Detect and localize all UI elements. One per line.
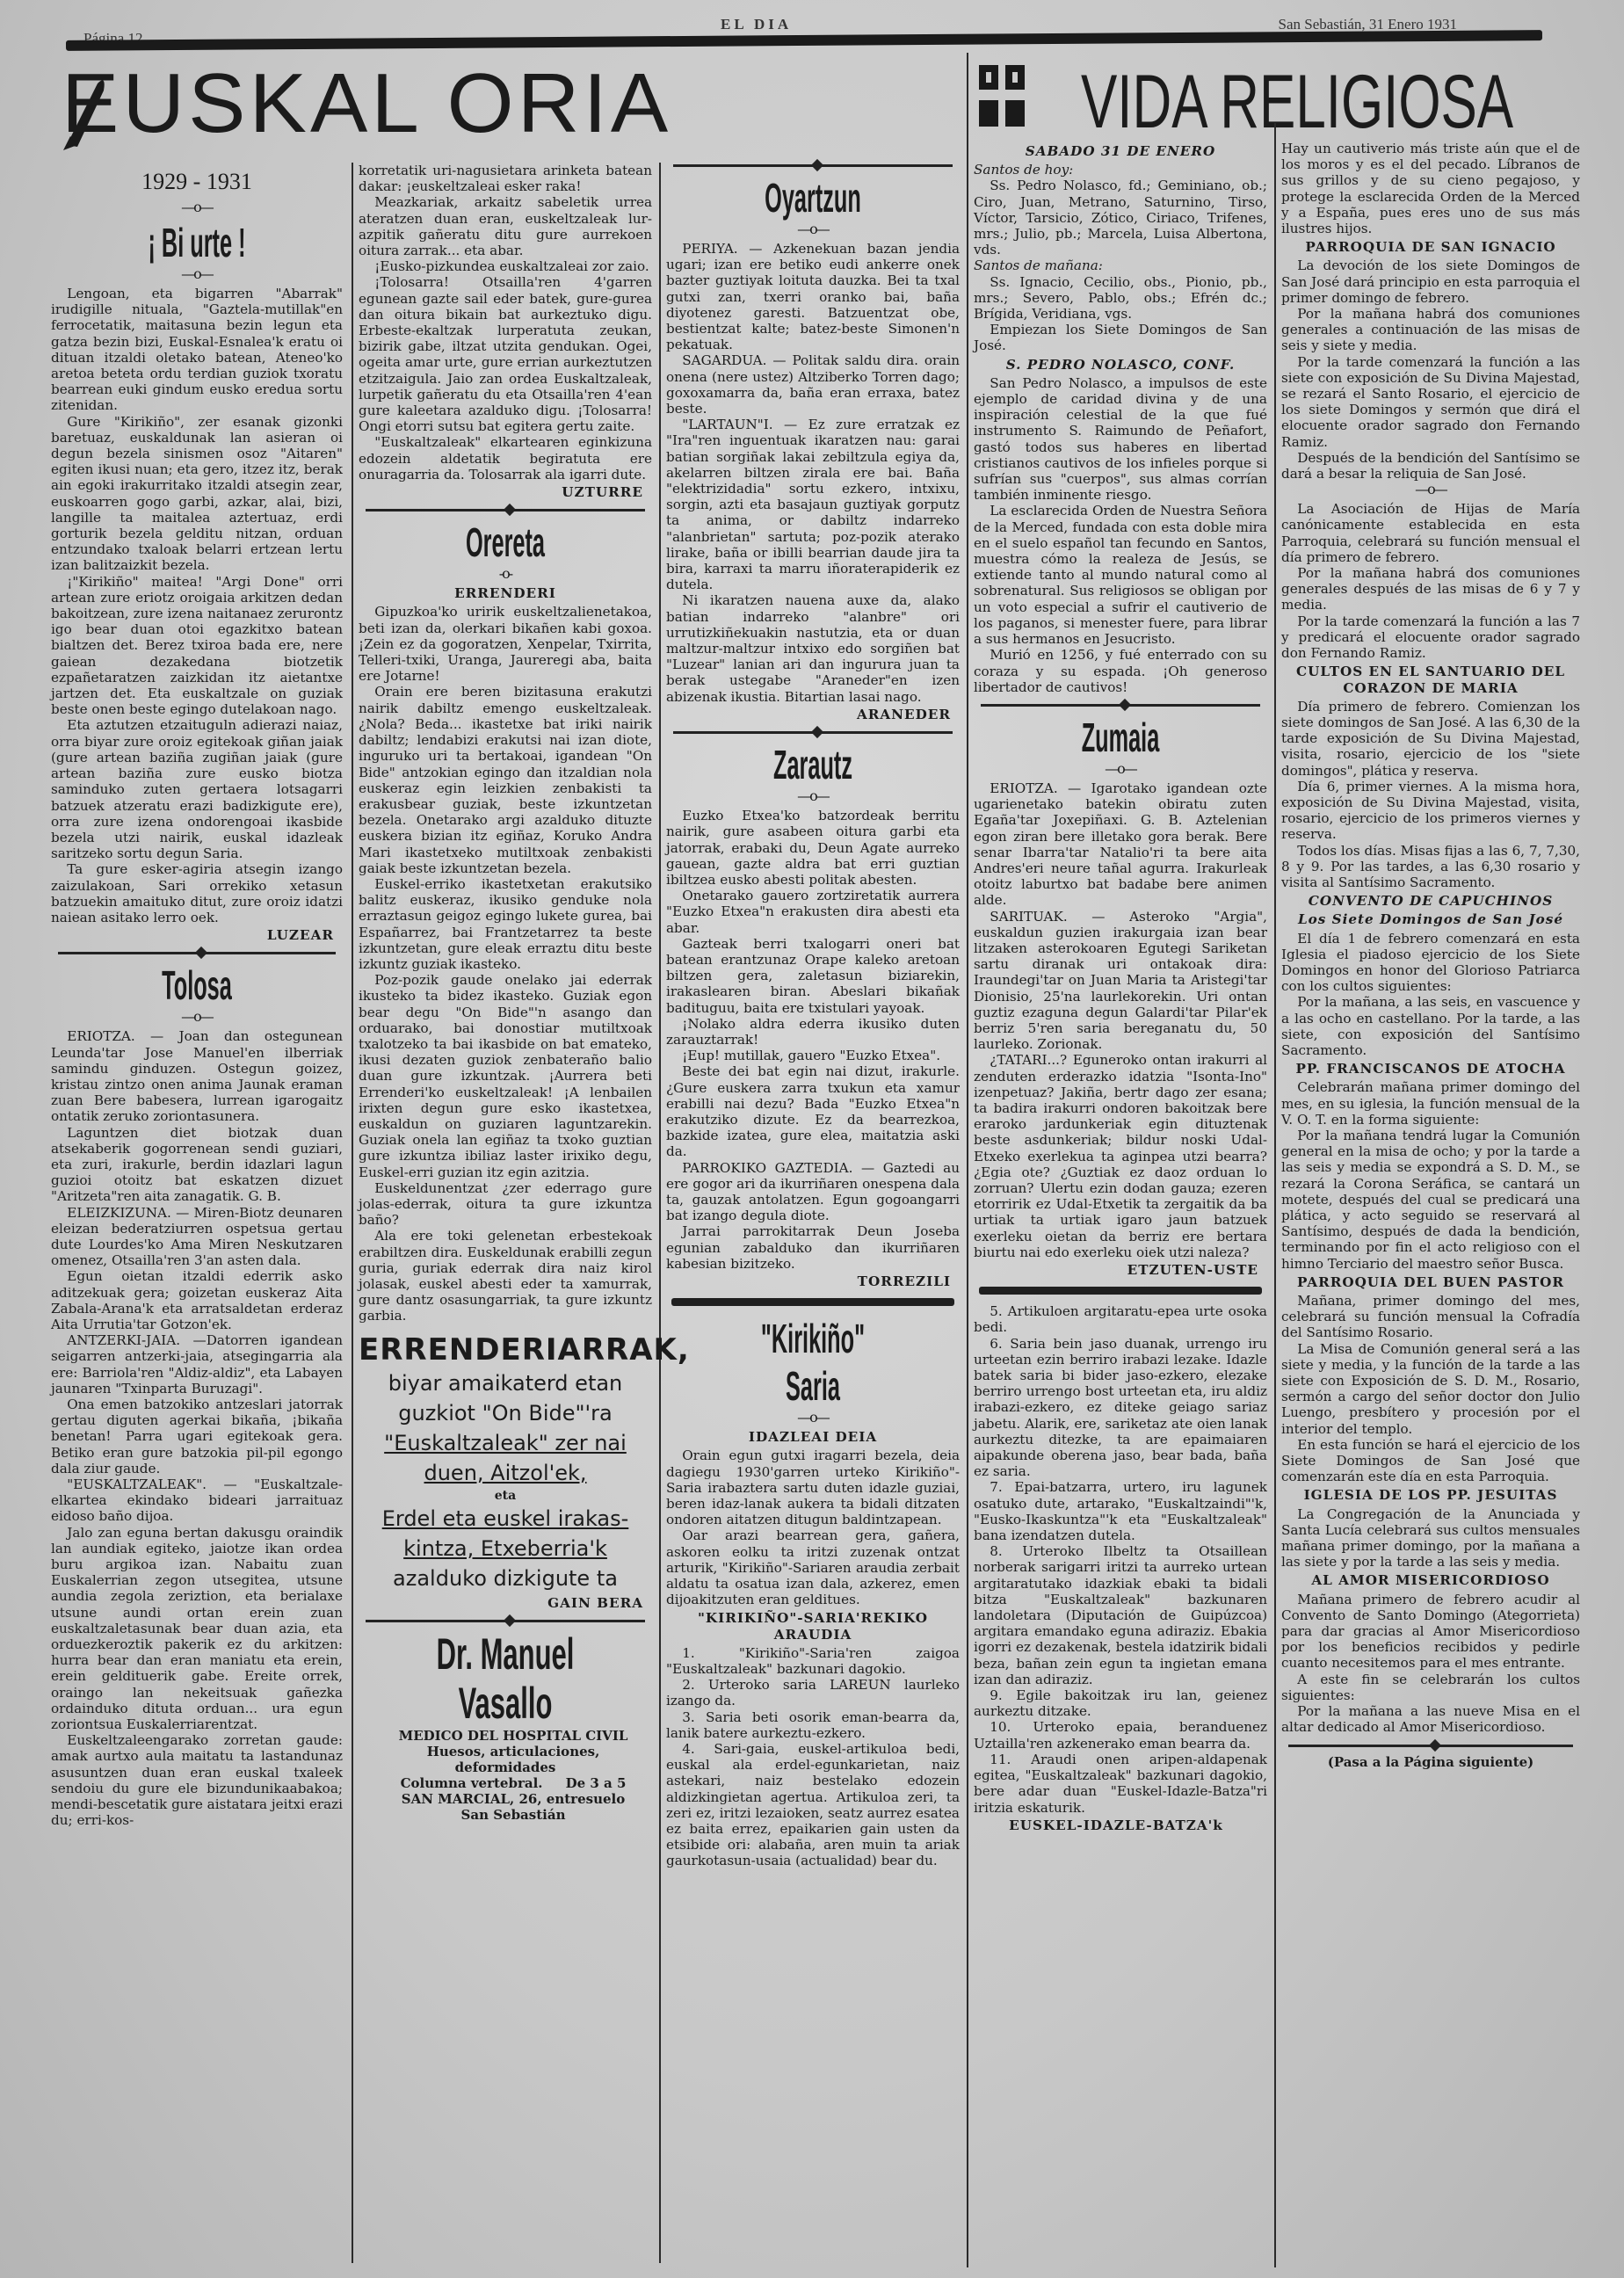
ad-line: guzkiot "On Bide"'ra xyxy=(359,1398,652,1428)
article-paragraph: Gure "Kirikiño", zer esanak gizonki bare… xyxy=(51,414,343,574)
doctor-name: Dr. Manuel Vasallo xyxy=(414,1629,596,1728)
article-paragraph: ¡"Kirikiño" maitea! "Argi Done" orri art… xyxy=(51,574,343,718)
santos-manana-label: Santos de mañana: xyxy=(974,258,1267,273)
article-paragraph: PARROKIKO GAZTEDIA. — Gaztedi au ere gog… xyxy=(666,1160,960,1224)
article-paragraph: Mañana primero de febrero acudir al Conv… xyxy=(1281,1592,1580,1672)
article-paragraph: ANTZERKI-JAIA. —Datorren igandean seigar… xyxy=(51,1332,343,1397)
rule-item: 4. Sari-gaia, euskel-artikuloa bedi, eus… xyxy=(666,1741,960,1869)
article-paragraph: PERIYA. — Azkenekuan bazan jendia ugari;… xyxy=(666,241,960,352)
divider xyxy=(366,1620,645,1622)
article-paragraph: Ona emen batzokiko antzeslari jatorrak g… xyxy=(51,1397,343,1476)
headline-orereta: Orereta xyxy=(424,519,586,566)
section-heading: CONVENTO DE CAPUCHINOS xyxy=(1281,893,1580,909)
doctor-address: SAN MARCIAL, 26, entresuelo xyxy=(359,1791,652,1807)
ornament: —o— xyxy=(1281,482,1580,497)
article-paragraph: Por la mañana habrá dos comuniones gener… xyxy=(1281,306,1580,354)
signature: ETZUTEN-USTE xyxy=(974,1262,1258,1278)
notice: Empiezan los Siete Domingos de San José. xyxy=(974,322,1267,353)
article-paragraph: A este fin se celebrarán los cultos sigu… xyxy=(1281,1672,1580,1703)
ad-line: Erdel eta euskel irakas- xyxy=(359,1504,652,1534)
article-paragraph: Por la tarde comenzará la función a las … xyxy=(1281,613,1580,662)
divider xyxy=(58,952,336,954)
article-paragraph: Día 6, primer viernes. A la misma hora, … xyxy=(1281,779,1580,843)
santos-hoy: Ss. Pedro Nolasco, fd.; Geminiano, ob.; … xyxy=(974,178,1267,258)
ad-connector: eta xyxy=(359,1488,652,1504)
rules-title: "KIRIKIÑO"-SARIA'REKIKO ARAUDIA xyxy=(666,1610,960,1642)
column-5: Hay un cautiverio más triste aún que el … xyxy=(1281,141,1580,1770)
doctor-title: MEDICO DEL HOSPITAL CIVIL xyxy=(359,1728,652,1744)
ad-line: duen, Aitzol'ek, xyxy=(359,1458,652,1488)
ornament: —o— xyxy=(974,761,1267,777)
column-3: Oyartzun —o— PERIYA. — Azkenekuan bazan … xyxy=(666,163,960,1869)
divider xyxy=(673,731,953,734)
article-paragraph: Murió en 1256, y fué enterrado con su co… xyxy=(974,647,1267,695)
article-paragraph: korretatik uri-nagusietara arinketa bate… xyxy=(359,163,652,194)
article-paragraph: Euskeltzaleengarako zorretan gaude: amak… xyxy=(51,1732,343,1828)
section-title-euskal-oria: EUSKAL ORIA xyxy=(62,60,671,148)
article-paragraph: Celebrarán mañana primer domingo del mes… xyxy=(1281,1079,1580,1128)
headline-oyartzun: Oyartzun xyxy=(732,174,894,221)
saint-title: S. PEDRO NOLASCO, CONF. xyxy=(974,357,1267,373)
section-heading: PP. FRANCISCANOS DE ATOCHA xyxy=(1281,1061,1580,1077)
article-paragraph: Hay un cautiverio más triste aún que el … xyxy=(1281,141,1580,236)
article-paragraph: Por la mañana habrá dos comuniones gener… xyxy=(1281,565,1580,613)
rule-item: 7. Epai-batzarra, urtero, iru lagunek os… xyxy=(974,1479,1267,1543)
article-paragraph: Euskeldunentzat ¿zer ederrago gure jolas… xyxy=(359,1180,652,1229)
headline-bi-urte: ¡ Bi urte ! xyxy=(117,219,278,266)
newspaper-name: EL DIA xyxy=(721,16,792,33)
cross-ornament-icon xyxy=(975,62,1028,132)
article-paragraph: Onetarako gauero zortziretatik aurrera "… xyxy=(666,888,960,936)
rule-item: 3. Saria beti osorik eman-bearra da, lan… xyxy=(666,1709,960,1741)
doctor-specialty: Huesos, articulaciones, deformidades xyxy=(359,1744,652,1775)
doctor-hours: De 3 a 5 xyxy=(566,1775,627,1791)
article-paragraph: ERIOTZA. — Joan dan ostegunean Leunda'ta… xyxy=(51,1028,343,1124)
article-paragraph: En esta función se hará el ejercicio de … xyxy=(1281,1437,1580,1485)
article-paragraph: SAGARDUA. — Politak saldu dira. orain on… xyxy=(666,352,960,417)
section-heading: AL AMOR MISERICORDIOSO xyxy=(1281,1572,1580,1588)
section-heading: PARROQUIA DEL BUEN PASTOR xyxy=(1281,1274,1580,1290)
santos-manana: Ss. Ignacio, Cecilio, obs., Pionio, pb.,… xyxy=(974,274,1267,323)
event-advertisement: ERRENDERIARRAK, biyar amaikaterd etan gu… xyxy=(359,1331,652,1611)
article-paragraph: Euzko Etxea'ko batzordeak berritu nairik… xyxy=(666,808,960,888)
ad-line: azalduko dizkigute ta xyxy=(359,1563,652,1593)
column-4: SABADO 31 DE ENERO Santos de hoy: Ss. Pe… xyxy=(974,141,1267,1837)
article-paragraph: Gipuzkoa'ko uririk euskeltzalienetakoa, … xyxy=(359,604,652,684)
divider xyxy=(366,509,645,511)
article-paragraph: Lengoan, eta bigarren "Abarrak" irudigil… xyxy=(51,286,343,414)
signature: UZTURRE xyxy=(359,484,643,500)
section-heading: PARROQUIA DE SAN IGNACIO xyxy=(1281,239,1580,255)
ornament: -o- xyxy=(359,566,652,582)
column-rule xyxy=(967,53,968,2267)
subheading: IDAZLEAI DEIA xyxy=(666,1429,960,1445)
section-title-vida-religiosa: VIDA RELIGIOSA xyxy=(1081,60,1513,144)
rule-item: 2. Urteroko saria LAREUN laurleko izango… xyxy=(666,1677,960,1708)
doctor-city: San Sebastián xyxy=(359,1807,652,1823)
signature: EUSKEL-IDAZLE-BATZA'k xyxy=(974,1817,1258,1833)
article-paragraph: Jalo zan eguna bertan dakusgu oraindik l… xyxy=(51,1525,343,1733)
headline-zumaia: Zumaia xyxy=(1040,714,1201,761)
article-paragraph: Poz-pozik gaude onelako jai ederrak ikus… xyxy=(359,972,652,1180)
article-paragraph: Después de la bendición del Santísimo se… xyxy=(1281,450,1580,482)
article-paragraph: Gazteak berri txalogarri oneri bat batea… xyxy=(666,936,960,1016)
article-paragraph: Euskel-erriko ikastetxetan erakutsiko ba… xyxy=(359,876,652,972)
article-paragraph: SARITUAK. — Asteroko "Argia", euskaldun … xyxy=(974,909,1267,1053)
section-heading: CULTOS EN EL SANTUARIO DEL CORAZON DE MA… xyxy=(1281,664,1580,695)
article-paragraph: Por la mañana tendrá lugar la Comunión g… xyxy=(1281,1128,1580,1272)
divider xyxy=(1288,1745,1573,1747)
rule-item: 10. Urteroko epaia, beranduenez Uztailla… xyxy=(974,1719,1267,1751)
article-paragraph: Ni ikaratzen nauena auxe da, alako batia… xyxy=(666,592,960,704)
column-1: 1929 - 1931 —o— ¡ Bi urte ! —o— Lengoan,… xyxy=(51,163,343,1828)
doctor-specialty-2: Columna vertebral. De 3 a 5 xyxy=(359,1775,652,1791)
article-paragraph: La Asociación de Hijas de María canónica… xyxy=(1281,501,1580,565)
ad-signature: GAIN BERA xyxy=(359,1595,643,1611)
article-paragraph: Por la mañana, a las seis, en vascuence … xyxy=(1281,994,1580,1058)
divider xyxy=(673,164,953,167)
ad-line: biyar amaikaterd etan xyxy=(359,1368,652,1398)
years-heading: 1929 - 1931 xyxy=(51,168,343,196)
doctor-specialty-text: Columna vertebral. xyxy=(401,1775,543,1791)
section-heading: IGLESIA DE LOS PP. JESUITAS xyxy=(1281,1487,1580,1503)
rule-item: 6. Saria bein jaso duanak, urrengo iru u… xyxy=(974,1336,1267,1480)
rule-item: 8. Urteroko Ilbeltz ta Otsaillean norber… xyxy=(974,1543,1267,1687)
thick-divider xyxy=(671,1298,954,1306)
ornament: —o— xyxy=(51,266,343,282)
rule-item: 11. Araudi onen aripen-aldapenak egitea,… xyxy=(974,1752,1267,1816)
rules-list-continued: 5. Artikuloen argitaratu-epea urte osoka… xyxy=(974,1303,1267,1816)
article-paragraph: Día primero de febrero. Comienzan los si… xyxy=(1281,699,1580,779)
article-paragraph: ¿TATARI...? Eguneroko ontan irakurri al … xyxy=(974,1052,1267,1260)
column-2: korretatik uri-nagusietara arinketa bate… xyxy=(359,163,652,1823)
article-paragraph: Ta gure esker-agiria atsegin izango zaiz… xyxy=(51,861,343,925)
article-paragraph: Meazkariak, arkaitz sabeletik urrea ater… xyxy=(359,194,652,258)
article-paragraph: ¡Nolako aldra ederra ikusiko duten zarau… xyxy=(666,1016,960,1048)
signature: TORREZILI xyxy=(666,1273,951,1289)
article-paragraph: Beste dei bat egin nai dizut, irakurle. … xyxy=(666,1063,960,1159)
article-paragraph: Mañana, primer domingo del mes, celebrar… xyxy=(1281,1293,1580,1341)
article-paragraph: ¡Eusko-pizkundea euskaltzaleai zor zaio. xyxy=(359,258,652,274)
article-paragraph: Egun oietan itzaldi ederrik asko aditzek… xyxy=(51,1268,343,1332)
article-paragraph: ¡Tolosarra! Otsailla'ren 4'garren egunea… xyxy=(359,274,652,434)
masthead-rule xyxy=(66,30,1542,51)
ornament: —o— xyxy=(666,788,960,804)
rule-item: 1. "Kirikiño"-Saria'ren zaigoa "Euskaltz… xyxy=(666,1645,960,1677)
article-paragraph: Por la mañana a las nueve Misa en el alt… xyxy=(1281,1703,1580,1735)
thick-divider xyxy=(979,1287,1262,1295)
article-paragraph: ELEIZKIZUNA. — Miren-Biotz deunaren elei… xyxy=(51,1205,343,1269)
headline-kirikino-saria: "Kirikiño" Saria xyxy=(732,1315,894,1410)
article-paragraph: "Euskaltzaleak" elkartearen eginkizuna e… xyxy=(359,434,652,482)
rule-item: 9. Egile bakoitzak iru lan, geienez aurk… xyxy=(974,1687,1267,1719)
article-paragraph: Todos los días. Misas fijas a las 6, 7, … xyxy=(1281,843,1580,891)
ad-line: kintza, Etxeberria'k xyxy=(359,1534,652,1563)
ad-title: ERRENDERIARRAK, xyxy=(359,1331,652,1368)
ornament: —o— xyxy=(51,200,343,215)
ornament: —o— xyxy=(51,1009,343,1025)
headline-tolosa: Tolosa xyxy=(117,961,278,1009)
article-paragraph: Orain ere beren bizitasuna erakutzi nair… xyxy=(359,684,652,875)
column-rule xyxy=(659,163,661,2263)
article-paragraph: "LARTAUN"I. — Ez zure erratzak ez "Ira"r… xyxy=(666,417,960,592)
doctor-advertisement: Dr. Manuel Vasallo MEDICO DEL HOSPITAL C… xyxy=(359,1629,652,1823)
article-paragraph: "EUSKALTZALEAK". — "Euskaltzale-elkartea… xyxy=(51,1476,343,1525)
section-subheading: Los Siete Domingos de San José xyxy=(1281,911,1580,927)
rule-item: 5. Artikuloen argitaratu-epea urte osoka… xyxy=(974,1303,1267,1335)
article-paragraph: La devoción de los siete Domingos de San… xyxy=(1281,258,1580,306)
column-rule xyxy=(352,163,353,2263)
article-paragraph: La esclarecida Orden de Nuestra Señora d… xyxy=(974,503,1267,647)
ornament: —o— xyxy=(666,221,960,237)
article-paragraph: Por la tarde comenzará la función a las … xyxy=(1281,354,1580,450)
article-paragraph: La Misa de Comunión general será a las s… xyxy=(1281,1341,1580,1437)
divider xyxy=(981,704,1260,707)
subheading: ERRENDERI xyxy=(359,585,652,601)
date-heading: SABADO 31 DE ENERO xyxy=(974,143,1267,159)
article-paragraph: San Pedro Nolasco, a impulsos de este ej… xyxy=(974,375,1267,504)
rules-list: 1. "Kirikiño"-Saria'ren zaigoa "Euskaltz… xyxy=(666,1645,960,1869)
santos-hoy-label: Santos de hoy: xyxy=(974,162,1267,178)
continued-note: (Pasa a la Página siguiente) xyxy=(1281,1754,1580,1770)
article-paragraph: ¡Eup! mutillak, gauero "Euzko Etxea". xyxy=(666,1048,960,1063)
article-paragraph: Laguntzen diet biotzak duan atsekaberik … xyxy=(51,1125,343,1205)
signature: LUZEAR xyxy=(51,927,334,943)
article-paragraph: Jarrai parrokitarrak Deun Joseba egunian… xyxy=(666,1223,960,1272)
headline-zarautz: Zarautz xyxy=(732,741,894,788)
column-rule xyxy=(1274,123,1276,2267)
article-paragraph: Ala ere toki gelenetan erbestekoak erabi… xyxy=(359,1228,652,1324)
ad-line: "Euskaltzaleak" zer nai xyxy=(359,1428,652,1458)
signature: ARANEDER xyxy=(666,707,951,722)
article-paragraph: Orain egun gutxi iragarri bezela, deia d… xyxy=(666,1447,960,1527)
ornament: —o— xyxy=(666,1410,960,1426)
newspaper-page: Página 12 EL DIA San Sebastián, 31 Enero… xyxy=(0,0,1624,2278)
article-paragraph: Eta aztutzen etzaituguln adierazi naiaz,… xyxy=(51,717,343,861)
article-paragraph: La Congregación de la Anunciada y Santa … xyxy=(1281,1506,1580,1571)
article-paragraph: El día 1 de febrero comenzará en esta Ig… xyxy=(1281,931,1580,995)
article-paragraph: Oar arazi bearrean gera, gañera, askoren… xyxy=(666,1527,960,1607)
article-paragraph: ERIOTZA. — Igarotako igandean ozte ugari… xyxy=(974,780,1267,909)
